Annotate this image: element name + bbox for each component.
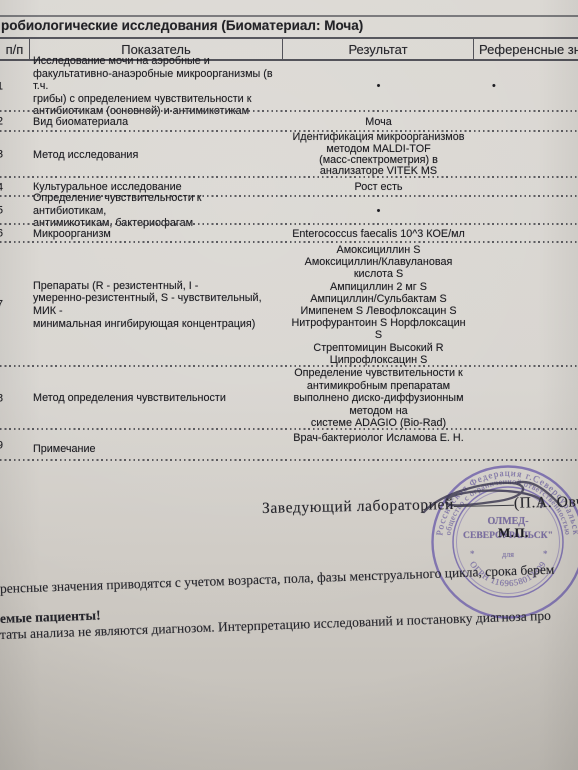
row-number: 8 [0, 392, 3, 405]
row-number-cell: 7 [0, 243, 30, 367]
result-cell: Врач-бактериолог Исламова Е. Н. [283, 430, 474, 445]
document-content: робиологические исследования (Биоматериа… [0, 0, 578, 770]
table-row: 8 Метод определения чувствительности Опр… [0, 367, 578, 430]
row-number-cell: 5 [0, 197, 30, 225]
row-number-cell: 6 [0, 225, 30, 243]
table-row: 3 Метод исследования Идентификация микро… [0, 132, 578, 178]
table-row: 2 Вид биоматериала Моча [0, 112, 578, 132]
indicator-cell: Примечание [30, 443, 283, 461]
row-number-cell: 8 [0, 367, 30, 430]
column-header-result: Результат [283, 39, 474, 59]
row-number-cell: 1 [0, 61, 30, 112]
indicator-cell: Вид биоматериала [30, 116, 283, 129]
table-row: 9 Примечание Врач-бактериолог Исламова Е… [0, 430, 578, 461]
result-cell: Моча [283, 116, 474, 129]
lab-report-photo: робиологические исследования (Биоматериа… [0, 0, 578, 770]
indicator-cell: Микроорганизм [30, 228, 283, 241]
row-number: 5 [0, 205, 3, 218]
row-number: 2 [0, 116, 3, 129]
stamp-star-left: * [470, 549, 475, 559]
row-number: 1 [0, 80, 3, 93]
row-number: 9 [0, 439, 3, 452]
row-number-cell: 3 [0, 132, 30, 178]
row-number-cell: 2 [0, 112, 30, 132]
table-row: 7 Препараты (R - резистентный, I - умере… [0, 243, 578, 367]
table-row: 6 Микроорганизм Enterococcus faecalis 10… [0, 225, 578, 243]
row-number: 4 [0, 181, 3, 194]
table-row: 5 Определение чувствительности к антибио… [0, 197, 578, 225]
signatory-name: (П.А. Овча [514, 493, 578, 513]
row-number: 6 [0, 228, 3, 241]
indicator-cell: Препараты (R - резистентный, I - умеренн… [30, 280, 283, 330]
stamp-place-label: М.П. [498, 525, 529, 541]
row-number: 3 [0, 149, 3, 162]
document-title: робиологические исследования (Биоматериа… [1, 18, 578, 33]
column-header-reference: Референсные зн [474, 39, 578, 59]
result-cell: Идентификация микроорганизмов методом MA… [283, 132, 474, 177]
indicator-cell: Метод определения чувствительности [30, 392, 283, 405]
row-number-cell: 4 [0, 178, 30, 197]
result-cell: Определение чувствительности к антимикро… [283, 367, 474, 430]
indicator-cell: Исследование мочи на аэробные и факульта… [30, 55, 283, 118]
row-number-cell: 9 [0, 430, 30, 461]
reference-cell: • [474, 80, 578, 93]
stamp-star-right: * [543, 549, 548, 559]
result-cell: Амоксициллин S Амоксициллин/Клавулановая… [283, 244, 474, 366]
column-header-num: п/п [0, 39, 30, 59]
indicator-cell: Метод исследования [30, 149, 283, 162]
results-table: п/п Показатель Результат Референсные зн … [0, 37, 578, 461]
stamp-center-line3: для [502, 550, 514, 559]
signature-rule [454, 504, 514, 507]
table-row: 1 Исследование мочи на аэробные и факуль… [0, 61, 578, 112]
row-number: 7 [0, 299, 3, 312]
result-cell: Enterococcus faecalis 10^3 КОЕ/мл [283, 228, 474, 241]
result-cell: • [283, 80, 474, 93]
top-divider-line [0, 15, 578, 17]
result-cell: Рост есть [283, 181, 474, 194]
result-cell: • [283, 205, 474, 218]
